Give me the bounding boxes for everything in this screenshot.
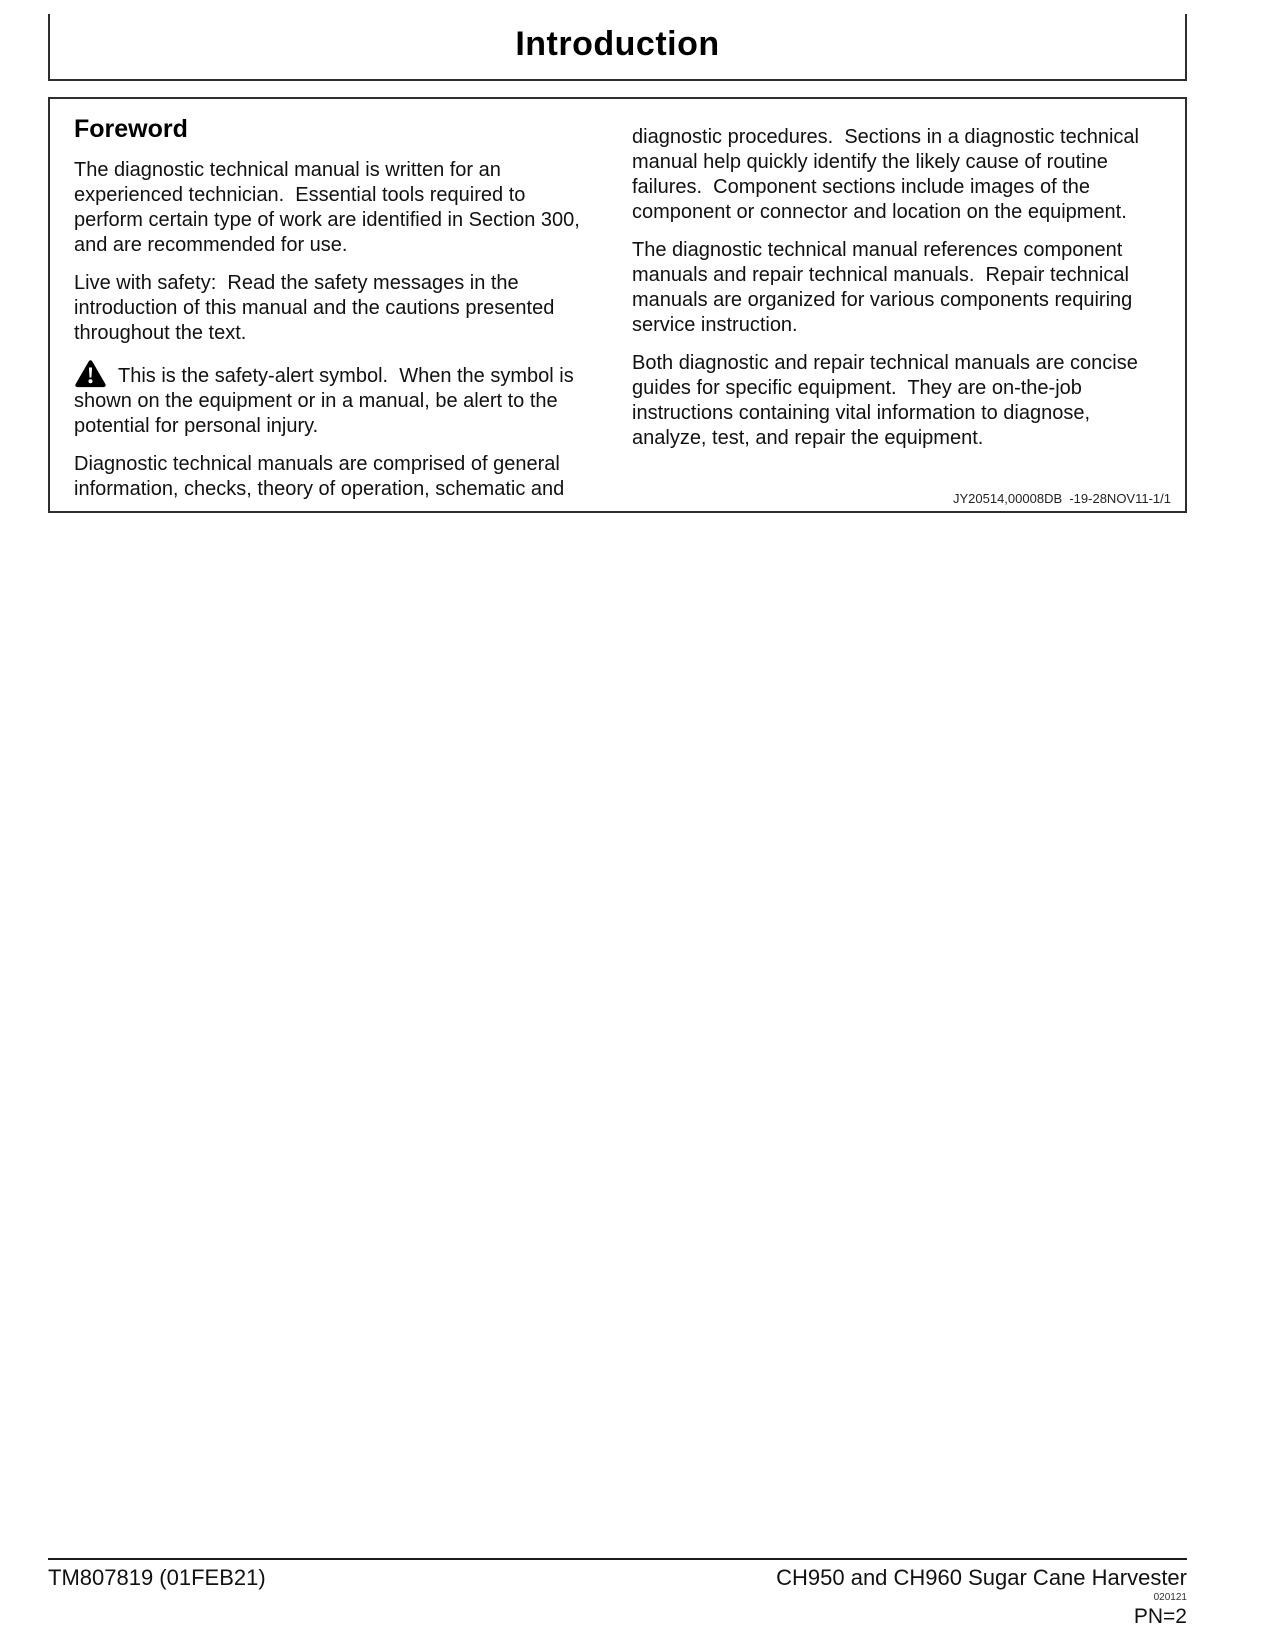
footer-row: TM807819 (01FEB21) CH950 and CH960 Sugar… <box>48 1565 1187 1591</box>
safety-alert-icon <box>74 359 107 388</box>
paragraph: Diagnostic technical manuals are compris… <box>74 452 622 502</box>
foreword-section-box: Foreword The diagnostic technical manual… <box>48 97 1187 513</box>
paragraph: Live with safety: Read the safety messag… <box>74 271 622 346</box>
two-column-layout: Foreword The diagnostic technical manual… <box>74 117 1185 515</box>
reference-code: JY20514,00008DB -19-28NOV11-1/1 <box>953 491 1171 506</box>
safety-alert-paragraph: This is the safety-alert symbol. When th… <box>74 359 622 439</box>
footer-product-name: CH950 and CH960 Sugar Cane Harvester <box>776 1565 1187 1591</box>
paragraph: The diagnostic technical manual is writt… <box>74 158 622 258</box>
page-title: Introduction <box>515 25 719 64</box>
footer-page-number: PN=2 <box>48 1605 1187 1629</box>
paragraph-text: This is the safety-alert symbol. When th… <box>74 365 574 437</box>
paragraph: Both diagnostic and repair technical man… <box>632 351 1170 451</box>
page-footer: TM807819 (01FEB21) CH950 and CH960 Sugar… <box>48 1558 1187 1629</box>
footer-manual-number: TM807819 (01FEB21) <box>48 1565 266 1591</box>
footer-right-stack: 020121 PN=2 <box>48 1592 1187 1629</box>
footer-print-code: 020121 <box>48 1592 1187 1603</box>
foreword-heading: Foreword <box>74 115 622 144</box>
page-header-box: Introduction <box>48 14 1187 81</box>
right-column: diagnostic procedures. Sections in a dia… <box>632 117 1170 515</box>
manual-page: Introduction Foreword The diagnostic tec… <box>0 0 1275 1650</box>
paragraph: The diagnostic technical manual referenc… <box>632 238 1170 338</box>
paragraph: diagnostic procedures. Sections in a dia… <box>632 125 1170 225</box>
left-column: Foreword The diagnostic technical manual… <box>74 117 622 515</box>
